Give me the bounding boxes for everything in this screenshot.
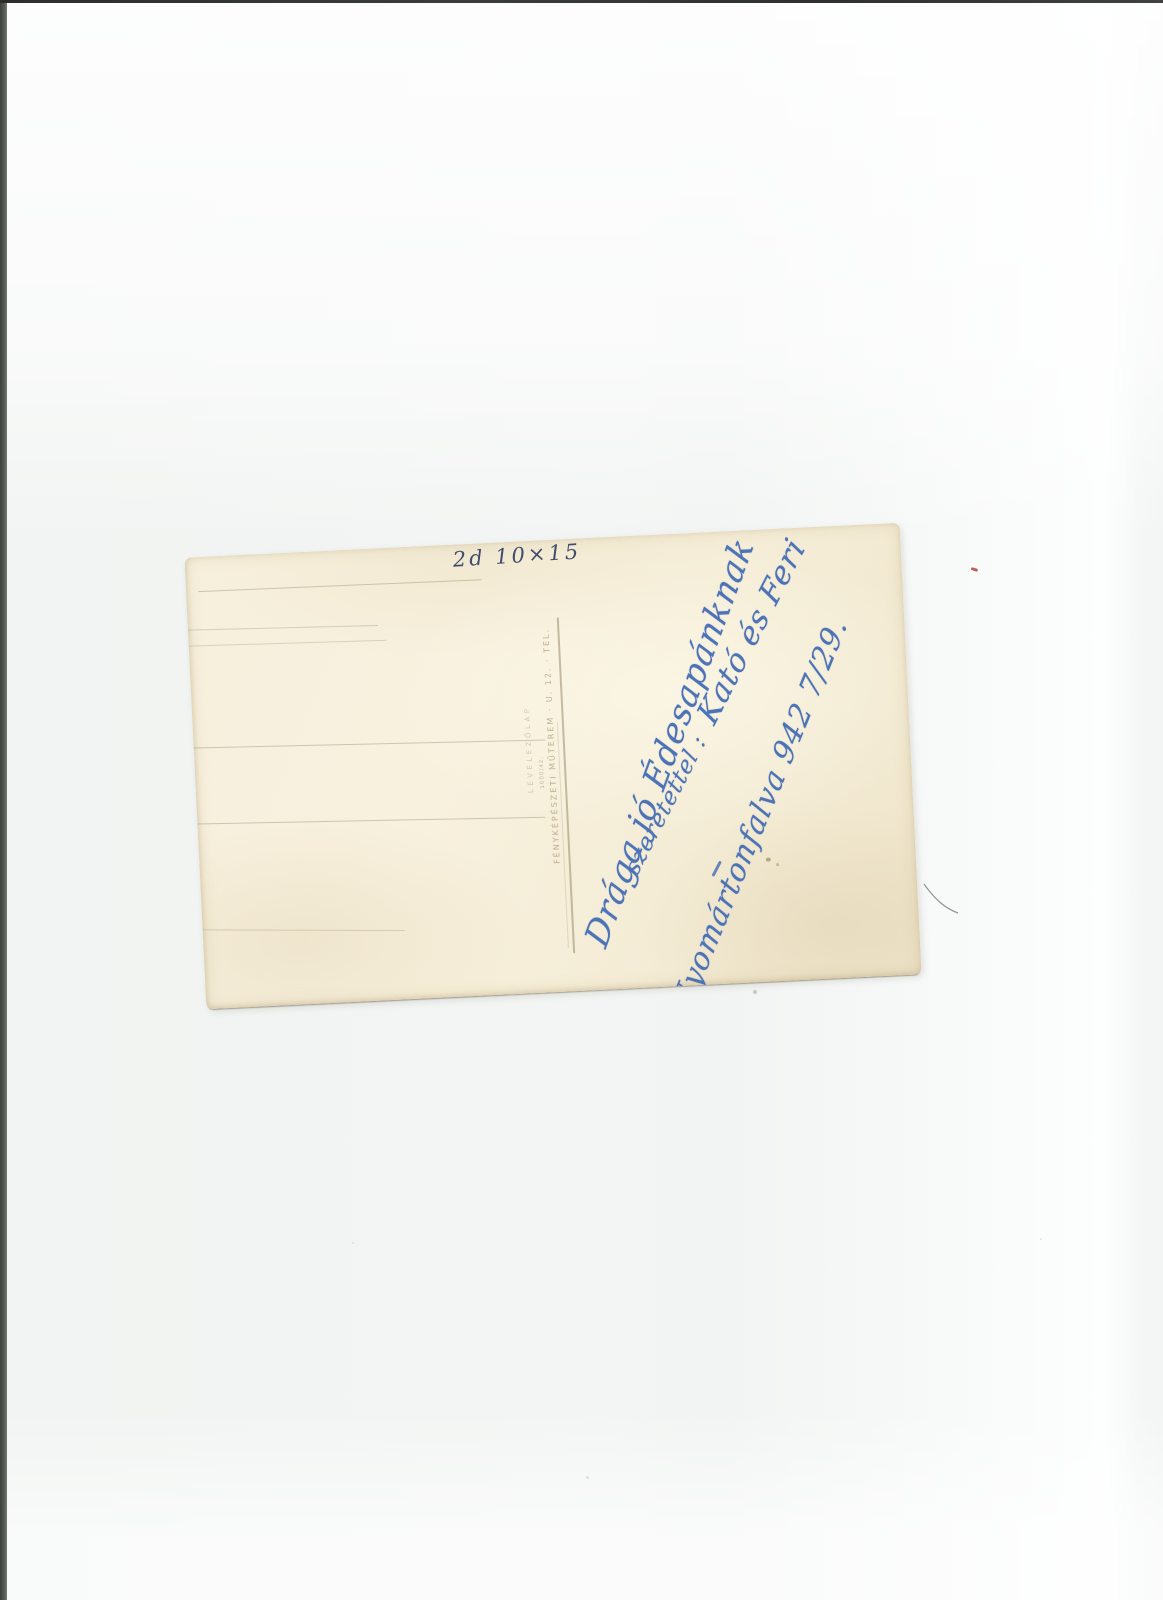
hair-on-scanner [922,880,964,922]
stain-speck [766,857,771,861]
scanner-edge-left [0,0,7,1600]
scanner-background: 2d 10×15 Fényképészeti műterem · u. 12. … [0,0,1163,1600]
pencil-line [203,929,405,931]
pencil-line [188,625,378,631]
dust-speck [753,990,757,994]
dust-speck [352,1242,354,1244]
pencil-line [198,579,482,592]
postcard-back: 2d 10×15 Fényképészeti műterem · u. 12. … [184,523,921,1009]
pencil-line [194,740,546,749]
red-fiber-speck [971,567,978,572]
dust-speck [586,1476,589,1479]
printer-imprint-secondary: Levelezőlap [523,705,535,793]
scanner-edge-top [0,0,1163,3]
pencil-line [197,817,545,825]
pencil-line [189,640,387,647]
printer-imprint-number: 1000/42. [538,756,546,789]
dust-speck [1040,1238,1042,1240]
stain-speck [776,863,779,866]
pencil-size-note: 2d 10×15 [452,539,582,571]
